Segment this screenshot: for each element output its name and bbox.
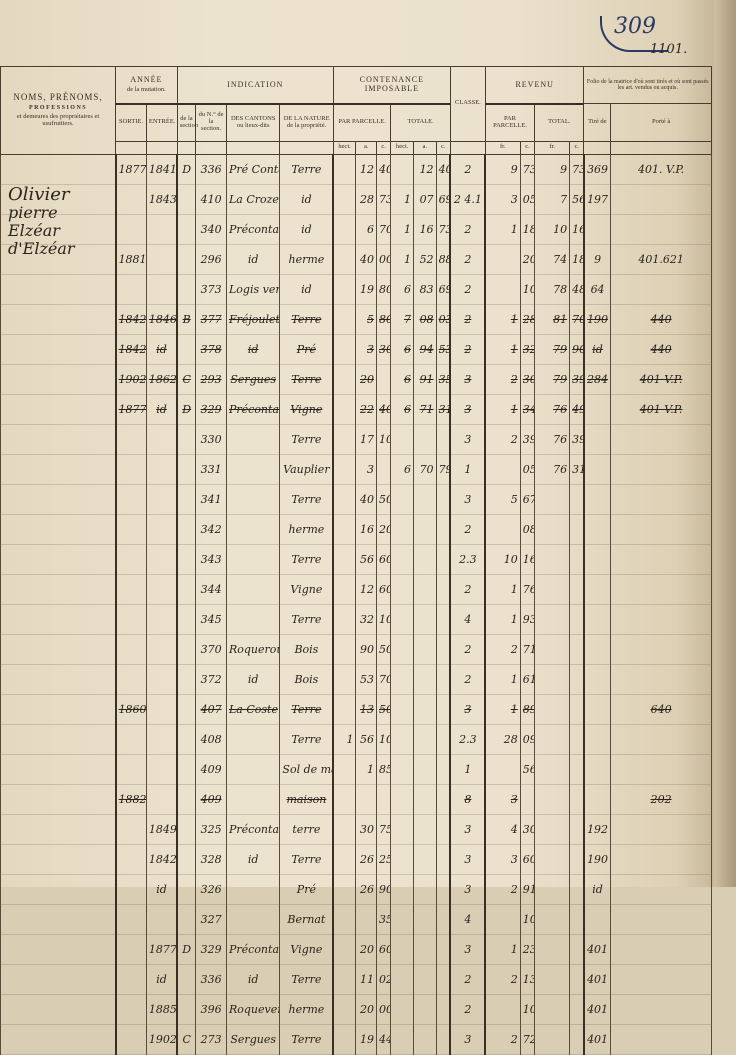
owner-name-block: Olivier pierre Elzéar d'Elzéar	[8, 186, 112, 258]
total-area-hect: 6	[391, 274, 414, 304]
entree-year	[146, 274, 177, 304]
folio-tire-de: 369	[584, 154, 611, 184]
parcel-area-hect	[333, 844, 356, 874]
class-value: 3	[450, 844, 485, 874]
total-revenue-francs: 10	[535, 214, 570, 244]
owner-cell	[1, 694, 116, 724]
class-value: 2	[450, 334, 485, 364]
folio-tire-de	[584, 544, 611, 574]
canton-lieu-dit: Précontaou	[226, 394, 279, 424]
parcel-number: 345	[196, 604, 227, 634]
entree-year: 1843	[146, 184, 177, 214]
total-revenue-centimes: 49	[570, 394, 584, 424]
parcel-revenue-francs: 3	[485, 184, 520, 214]
canton-lieu-dit: Sergues	[226, 364, 279, 394]
header-annee-title: ANNÉE	[130, 75, 162, 84]
parcel-area-ares: 12	[356, 574, 377, 604]
section-letter	[177, 634, 195, 664]
property-nature: Terre	[280, 544, 333, 574]
folio-tire-de	[584, 514, 611, 544]
sortie-year: 1882	[116, 784, 147, 814]
header-revenu: REVENU	[485, 67, 584, 104]
ledger-row: 372 id Bois 53 70 2 1 61	[1, 664, 712, 694]
parcel-revenue-centimes: 91	[520, 874, 534, 887]
section-letter	[177, 484, 195, 514]
class-value: 3	[450, 874, 485, 887]
unit-centiares: c.	[436, 141, 450, 154]
folio-porte-a	[611, 574, 712, 604]
header-contenance: CONTENANCE IMPOSABLE	[333, 67, 450, 104]
parcel-number: 329	[196, 394, 227, 424]
header-annee-subtitle: de la mutation.	[127, 86, 166, 93]
total-revenue-francs	[535, 754, 570, 784]
parcel-area-ares: 3	[356, 334, 377, 364]
total-area-ares	[413, 724, 436, 754]
parcel-revenue-francs	[485, 454, 520, 484]
folio-tire-de: id	[584, 874, 611, 887]
parcel-number: 330	[196, 424, 227, 454]
folio-tire-de	[584, 574, 611, 604]
total-area-ares	[413, 814, 436, 844]
folio-porte-a: 401 V.P.	[611, 394, 712, 424]
parcel-area-centiares: 10	[377, 424, 391, 454]
canton-lieu-dit	[226, 484, 279, 514]
entree-year	[146, 544, 177, 574]
total-area-ares: 94	[413, 334, 436, 364]
parcel-revenue-centimes: 05	[520, 454, 534, 484]
total-area-centiares	[436, 484, 450, 514]
ledger-page: 309 1101. NOMS, PRÉNOMS, PROFESSIONS et …	[0, 0, 736, 887]
total-revenue-centimes: 56	[570, 184, 584, 214]
parcel-revenue-francs: 1	[485, 334, 520, 364]
section-letter: D	[177, 394, 195, 424]
parcel-revenue-centimes: 05	[520, 184, 534, 214]
class-value: 2	[450, 634, 485, 664]
parcel-revenue-francs: 1	[485, 574, 520, 604]
total-revenue-francs	[535, 844, 570, 874]
entree-year	[146, 424, 177, 454]
total-revenue-francs	[535, 874, 570, 887]
parcel-area-centiares: 85	[377, 754, 391, 784]
total-area-ares	[413, 484, 436, 514]
canton-lieu-dit	[226, 574, 279, 604]
entree-year: 1862	[146, 364, 177, 394]
parcel-area-hect	[333, 274, 356, 304]
parcel-number: 378	[196, 334, 227, 364]
canton-lieu-dit	[226, 754, 279, 784]
total-area-centiares: 73	[436, 214, 450, 244]
section-letter	[177, 544, 195, 574]
sortie-year	[116, 724, 147, 754]
total-revenue-centimes: 16	[570, 214, 584, 244]
unit-blank	[177, 141, 195, 154]
total-area-hect	[391, 754, 414, 784]
owner-cell	[1, 664, 116, 694]
property-nature: Terre	[280, 484, 333, 514]
parcel-revenue-centimes: 67	[520, 484, 534, 514]
unit-centiares: c.	[377, 141, 391, 154]
class-value: 3	[450, 484, 485, 514]
parcel-revenue-francs: 9	[485, 154, 520, 184]
parcel-area-centiares: 30	[377, 334, 391, 364]
parcel-area-centiares: 50	[377, 634, 391, 664]
unit-blank	[116, 141, 147, 154]
total-revenue-centimes	[570, 814, 584, 844]
parcel-area-ares: 5	[356, 304, 377, 334]
ledger-row: 1842 id 378 id Pré 3 30 6 94 53 2 1 32 7…	[1, 334, 712, 364]
class-value: 2	[450, 664, 485, 694]
folio-tire-de	[584, 484, 611, 514]
total-area-hect: 1	[391, 184, 414, 214]
owner-given-names: pierre Elzéar	[8, 204, 112, 240]
parcel-number: 340	[196, 214, 227, 244]
parcel-area-ares: 19	[356, 274, 377, 304]
owner-cell	[1, 814, 116, 844]
property-nature: Terre	[280, 604, 333, 634]
section-letter	[177, 844, 195, 874]
page-edge	[714, 0, 736, 887]
total-area-ares	[413, 424, 436, 454]
parcel-area-hect	[333, 814, 356, 844]
entree-year	[146, 634, 177, 664]
total-revenue-centimes	[570, 724, 584, 754]
folio-tire-de: 197	[584, 184, 611, 214]
entree-year	[146, 604, 177, 634]
owner-cell	[1, 274, 116, 304]
parcel-area-centiares: 80	[377, 274, 391, 304]
total-revenue-francs: 79	[535, 334, 570, 364]
canton-lieu-dit: Pré Contaud	[226, 154, 279, 184]
sortie-year	[116, 634, 147, 664]
parcel-number: 373	[196, 274, 227, 304]
total-area-centiares	[436, 604, 450, 634]
class-value: 3	[450, 814, 485, 844]
total-area-centiares	[436, 694, 450, 724]
entree-year: id	[146, 334, 177, 364]
parcel-area-centiares: 10	[377, 724, 391, 754]
total-area-centiares	[436, 514, 450, 544]
parcel-number: 326	[196, 874, 227, 887]
folio-porte-a	[611, 184, 712, 214]
parcel-area-hect	[333, 214, 356, 244]
parcel-revenue-centimes: 60	[520, 844, 534, 874]
canton-lieu-dit	[226, 604, 279, 634]
ledger-row: 331 Vauplier 3 6 70 79 1 05 76 31	[1, 454, 712, 484]
parcel-area-ares: 22	[356, 394, 377, 424]
folio-porte-a	[611, 634, 712, 664]
parcel-area-hect	[333, 394, 356, 424]
total-area-centiares	[436, 874, 450, 887]
folio-tire-de	[584, 754, 611, 784]
section-letter: B	[177, 304, 195, 334]
total-revenue-centimes: 48	[570, 274, 584, 304]
folio-tire-de	[584, 634, 611, 664]
header-names-title: NOMS, PRÉNOMS,	[3, 93, 113, 102]
total-area-ares: 83	[413, 274, 436, 304]
folio-porte-a	[611, 274, 712, 304]
section-letter	[177, 334, 195, 364]
parcel-area-hect	[333, 454, 356, 484]
canton-lieu-dit: Fréjoulet	[226, 304, 279, 334]
header-names: NOMS, PRÉNOMS, PROFESSIONS et demeures d…	[1, 67, 116, 155]
canton-lieu-dit: Précontaou	[226, 214, 279, 244]
entree-year: 1841	[146, 154, 177, 184]
canton-lieu-dit: La Croze	[226, 184, 279, 214]
sortie-year	[116, 664, 147, 694]
unit-hect: hect.	[391, 141, 414, 154]
total-revenue-francs	[535, 694, 570, 724]
folio-tire-de	[584, 394, 611, 424]
property-nature: id	[280, 184, 333, 214]
total-area-hect	[391, 544, 414, 574]
sortie-year	[116, 574, 147, 604]
sortie-year: 1881	[116, 244, 147, 274]
class-value: 3	[450, 424, 485, 454]
property-nature: Sol de maison	[280, 754, 333, 784]
parcel-revenue-francs: 2	[485, 634, 520, 664]
parcel-revenue-francs: 2	[485, 364, 520, 394]
unit-blank	[280, 141, 333, 154]
total-revenue-francs	[535, 604, 570, 634]
header-indication: INDICATION	[177, 67, 333, 104]
entree-year	[146, 454, 177, 484]
owner-cell	[1, 844, 116, 874]
total-revenue-centimes: 70	[570, 304, 584, 334]
total-area-centiares	[436, 784, 450, 814]
parcel-revenue-centimes: 71	[520, 634, 534, 664]
total-revenue-francs: 81	[535, 304, 570, 334]
parcel-revenue-francs: 3	[485, 784, 520, 814]
parcel-area-centiares	[377, 454, 391, 484]
total-area-ares: 12	[413, 154, 436, 184]
parcel-area-ares: 56	[356, 724, 377, 754]
parcel-revenue-francs: 4	[485, 814, 520, 844]
folio-porte-a	[611, 814, 712, 844]
folio-porte-a: 202	[611, 784, 712, 814]
parcel-revenue-centimes: 56	[520, 754, 534, 784]
parcel-area-centiares: 40	[377, 154, 391, 184]
parcel-revenue-francs: 2	[485, 874, 520, 887]
total-area-centiares	[436, 634, 450, 664]
parcel-revenue-francs: 3	[485, 844, 520, 874]
sortie-year	[116, 484, 147, 514]
unit-hect: hect.	[333, 141, 356, 154]
sortie-year: 1842	[116, 304, 147, 334]
entree-year: id	[146, 874, 177, 887]
class-value: 3	[450, 394, 485, 424]
ledger-row: 343 Terre 56 60 2.3 10 16	[1, 544, 712, 574]
parcel-area-centiares: 00	[377, 244, 391, 274]
parcel-revenue-centimes	[520, 784, 534, 814]
total-area-hect: 6	[391, 394, 414, 424]
parcel-revenue-francs: 1	[485, 214, 520, 244]
parcel-area-centiares: 10	[377, 604, 391, 634]
parcel-area-hect	[333, 334, 356, 364]
parcel-area-ares: 26	[356, 874, 377, 887]
ledger-row: 342 herme 16 20 2 08	[1, 514, 712, 544]
parcel-number: 296	[196, 244, 227, 274]
section-letter	[177, 784, 195, 814]
total-revenue-francs	[535, 544, 570, 574]
class-value: 2	[450, 154, 485, 184]
parcel-area-hect	[333, 664, 356, 694]
parcel-number: 342	[196, 514, 227, 544]
unit-blank	[196, 141, 227, 154]
total-area-hect	[391, 724, 414, 754]
folio-tire-de	[584, 604, 611, 634]
owner-cell	[1, 364, 116, 394]
section-letter	[177, 664, 195, 694]
ledger-row: 408 Terre 1 56 10 2.3 28 09	[1, 724, 712, 754]
parcel-area-ares: 28	[356, 184, 377, 214]
parcel-area-ares: 40	[356, 244, 377, 274]
property-nature: Bois	[280, 664, 333, 694]
parcel-number: 336	[196, 154, 227, 184]
entree-year	[146, 214, 177, 244]
header-classe: CLASSE.	[450, 67, 485, 142]
header-revenu-par-parcelle: PAR PARCELLE.	[485, 104, 534, 142]
header-names-professions: PROFESSIONS	[3, 105, 113, 111]
unit-ares: a.	[356, 141, 377, 154]
owner-cell	[1, 784, 116, 814]
header-entree: ENTRÉE.	[146, 104, 177, 142]
property-nature: terre	[280, 814, 333, 844]
section-letter: D	[177, 154, 195, 184]
sortie-year: 1842	[116, 334, 147, 364]
parcel-number: 409	[196, 754, 227, 784]
parcel-area-hect: 1	[333, 724, 356, 754]
property-nature: Bois	[280, 634, 333, 664]
total-revenue-centimes	[570, 574, 584, 604]
section-letter	[177, 724, 195, 754]
entree-year	[146, 694, 177, 724]
parcel-area-ares: 1	[356, 754, 377, 784]
parcel-area-ares: 90	[356, 634, 377, 664]
parcel-number: 377	[196, 304, 227, 334]
class-value: 2	[450, 514, 485, 544]
sortie-year: 1877	[116, 394, 147, 424]
parcel-revenue-centimes: 10	[520, 274, 534, 304]
total-area-centiares	[436, 424, 450, 454]
total-area-centiares	[436, 754, 450, 784]
parcel-area-centiares: 70	[377, 664, 391, 694]
parcel-area-ares: 32	[356, 604, 377, 634]
folio-subnumber: 1101.	[650, 42, 687, 57]
canton-lieu-dit: Précontaou	[226, 814, 279, 844]
total-revenue-centimes	[570, 514, 584, 544]
sortie-year	[116, 544, 147, 574]
total-area-hect	[391, 784, 414, 814]
total-area-centiares: 35	[436, 364, 450, 394]
canton-lieu-dit: La Coste	[226, 694, 279, 724]
entree-year	[146, 724, 177, 754]
parcel-area-hect	[333, 754, 356, 784]
total-revenue-centimes	[570, 544, 584, 574]
parcel-revenue-francs	[485, 754, 520, 784]
property-nature: Terre	[280, 364, 333, 394]
section-letter	[177, 814, 195, 844]
total-area-centiares: 88	[436, 244, 450, 274]
ledger-row: 345 Terre 32 10 4 1 93	[1, 604, 712, 634]
folio-porte-a	[611, 844, 712, 874]
total-area-hect	[391, 484, 414, 514]
ledger-row: 344 Vigne 12 60 2 1 76	[1, 574, 712, 604]
total-area-centiares: 53	[436, 334, 450, 364]
total-area-ares: 16	[413, 214, 436, 244]
header-contenance-totale: TOTALE.	[391, 104, 451, 142]
canton-lieu-dit	[226, 514, 279, 544]
total-revenue-francs: 78	[535, 274, 570, 304]
folio-porte-a: 401 V.P.	[611, 364, 712, 394]
parcel-revenue-centimes: 93	[520, 604, 534, 634]
folio-porte-a	[611, 544, 712, 574]
canton-lieu-dit: Logis ventoux	[226, 274, 279, 304]
total-revenue-centimes: 73	[570, 154, 584, 184]
sortie-year	[116, 844, 147, 874]
total-area-ares	[413, 574, 436, 604]
total-area-ares	[413, 544, 436, 574]
parcel-area-ares: 20	[356, 364, 377, 394]
parcel-area-hect	[333, 574, 356, 604]
ledger-row: 1860 407 La Coste Terre 13 50 3 1 89 640	[1, 694, 712, 724]
sortie-year	[116, 514, 147, 544]
parcel-area-hect	[333, 424, 356, 454]
total-area-ares	[413, 694, 436, 724]
owner-cell	[1, 754, 116, 784]
total-revenue-francs: 76	[535, 394, 570, 424]
ledger-row: 341 Terre 40 50 3 5 67	[1, 484, 712, 514]
parcel-area-ares: 30	[356, 814, 377, 844]
parcel-area-ares: 12	[356, 154, 377, 184]
total-area-hect	[391, 514, 414, 544]
total-revenue-centimes	[570, 604, 584, 634]
owner-cell	[1, 484, 116, 514]
parcel-revenue-centimes: 61	[520, 664, 534, 694]
folio-tire-de: 64	[584, 274, 611, 304]
total-area-ares	[413, 634, 436, 664]
canton-lieu-dit: Roquerouton	[226, 634, 279, 664]
parcel-area-hect	[333, 874, 356, 887]
total-area-centiares: 31	[436, 394, 450, 424]
header-numero: du N.° de la section.	[196, 104, 227, 142]
ledger-row: 1902 1862 C 293 Sergues Terre 20 6 91 35…	[1, 364, 712, 394]
parcel-revenue-francs	[485, 244, 520, 274]
total-area-hect: 6	[391, 454, 414, 484]
ledger-body: 1877 1841 D 336 Pré Contaud Terre 12 40 …	[1, 154, 712, 887]
canton-lieu-dit	[226, 454, 279, 484]
total-revenue-francs	[535, 784, 570, 814]
ledger-row: 1882 409 maison 8 3 202	[1, 784, 712, 814]
parcel-area-ares: 13	[356, 694, 377, 724]
parcel-area-hect	[333, 154, 356, 184]
ledger-row: 373 Logis ventoux id 19 80 6 83 69 2 10 …	[1, 274, 712, 304]
parcel-revenue-centimes: 89	[520, 694, 534, 724]
parcel-revenue-francs: 5	[485, 484, 520, 514]
class-value: 3	[450, 694, 485, 724]
total-area-centiares: 69	[436, 184, 450, 214]
total-revenue-centimes	[570, 634, 584, 664]
parcel-revenue-francs: 2	[485, 424, 520, 454]
total-area-ares	[413, 604, 436, 634]
header-section: de la section	[177, 104, 195, 142]
parcel-area-ares: 3	[356, 454, 377, 484]
section-letter	[177, 874, 195, 887]
folio-porte-a: 640	[611, 694, 712, 724]
owner-cell	[1, 724, 116, 754]
sortie-year: 1877	[116, 154, 147, 184]
parcel-area-hect	[333, 604, 356, 634]
header-porte-a: Porté à	[611, 104, 712, 142]
